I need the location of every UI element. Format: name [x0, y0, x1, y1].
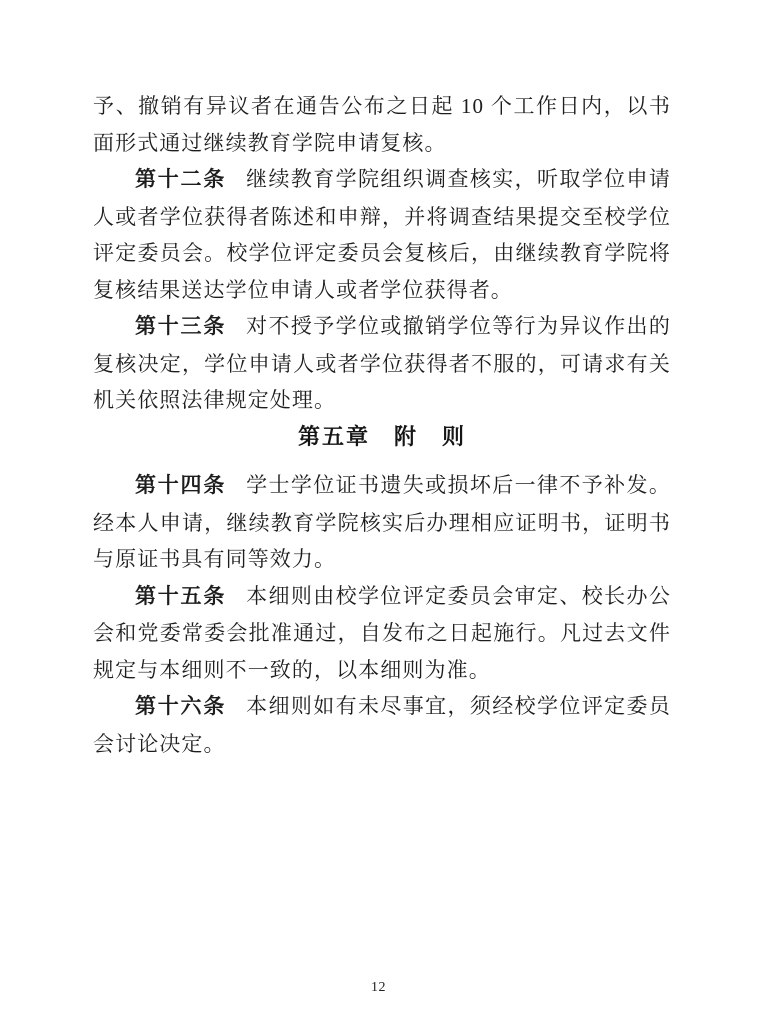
chapter-heading: 第五章 附 则: [93, 419, 671, 456]
article-12-term: 第十二条: [135, 168, 226, 191]
article-15-paragraph: 第十五条本细则由校学位评定委员会审定、校长办公会和党委常委会批准通过，自发布之日…: [93, 578, 671, 689]
article-15-term: 第十五条: [135, 585, 226, 608]
paragraph-continuation: 予、撤销有异议者在通告公布之日起 10 个工作日内，以书面形式通过继续教育学院申…: [93, 88, 671, 161]
article-12-paragraph: 第十二条继续教育学院组织调查核实，听取学位申请人或者学位获得者陈述和申辩，并将调…: [93, 161, 671, 308]
document-text-block: 予、撤销有异议者在通告公布之日起 10 个工作日内，以书面形式通过继续教育学院申…: [93, 88, 671, 762]
article-16-paragraph: 第十六条本细则如有未尽事宜，须经校学位评定委员会讨论决定。: [93, 688, 671, 762]
page-number: 12: [0, 980, 757, 996]
article-14-term: 第十四条: [135, 474, 226, 497]
paragraph-text: 予、撤销有异议者在通告公布之日起 10 个工作日内，以书面形式通过继续教育学院申…: [93, 94, 671, 155]
article-13-paragraph: 第十三条对不授予学位或撤销学位等行为异议作出的复核决定，学位申请人或者学位获得者…: [93, 308, 671, 419]
article-14-paragraph: 第十四条学士学位证书遗失或损坏后一律不予补发。经本人申请，继续教育学院核实后办理…: [93, 467, 671, 578]
article-16-term: 第十六条: [135, 695, 226, 718]
document-page: 予、撤销有异议者在通告公布之日起 10 个工作日内，以书面形式通过继续教育学院申…: [0, 0, 757, 1018]
article-13-term: 第十三条: [135, 315, 226, 338]
